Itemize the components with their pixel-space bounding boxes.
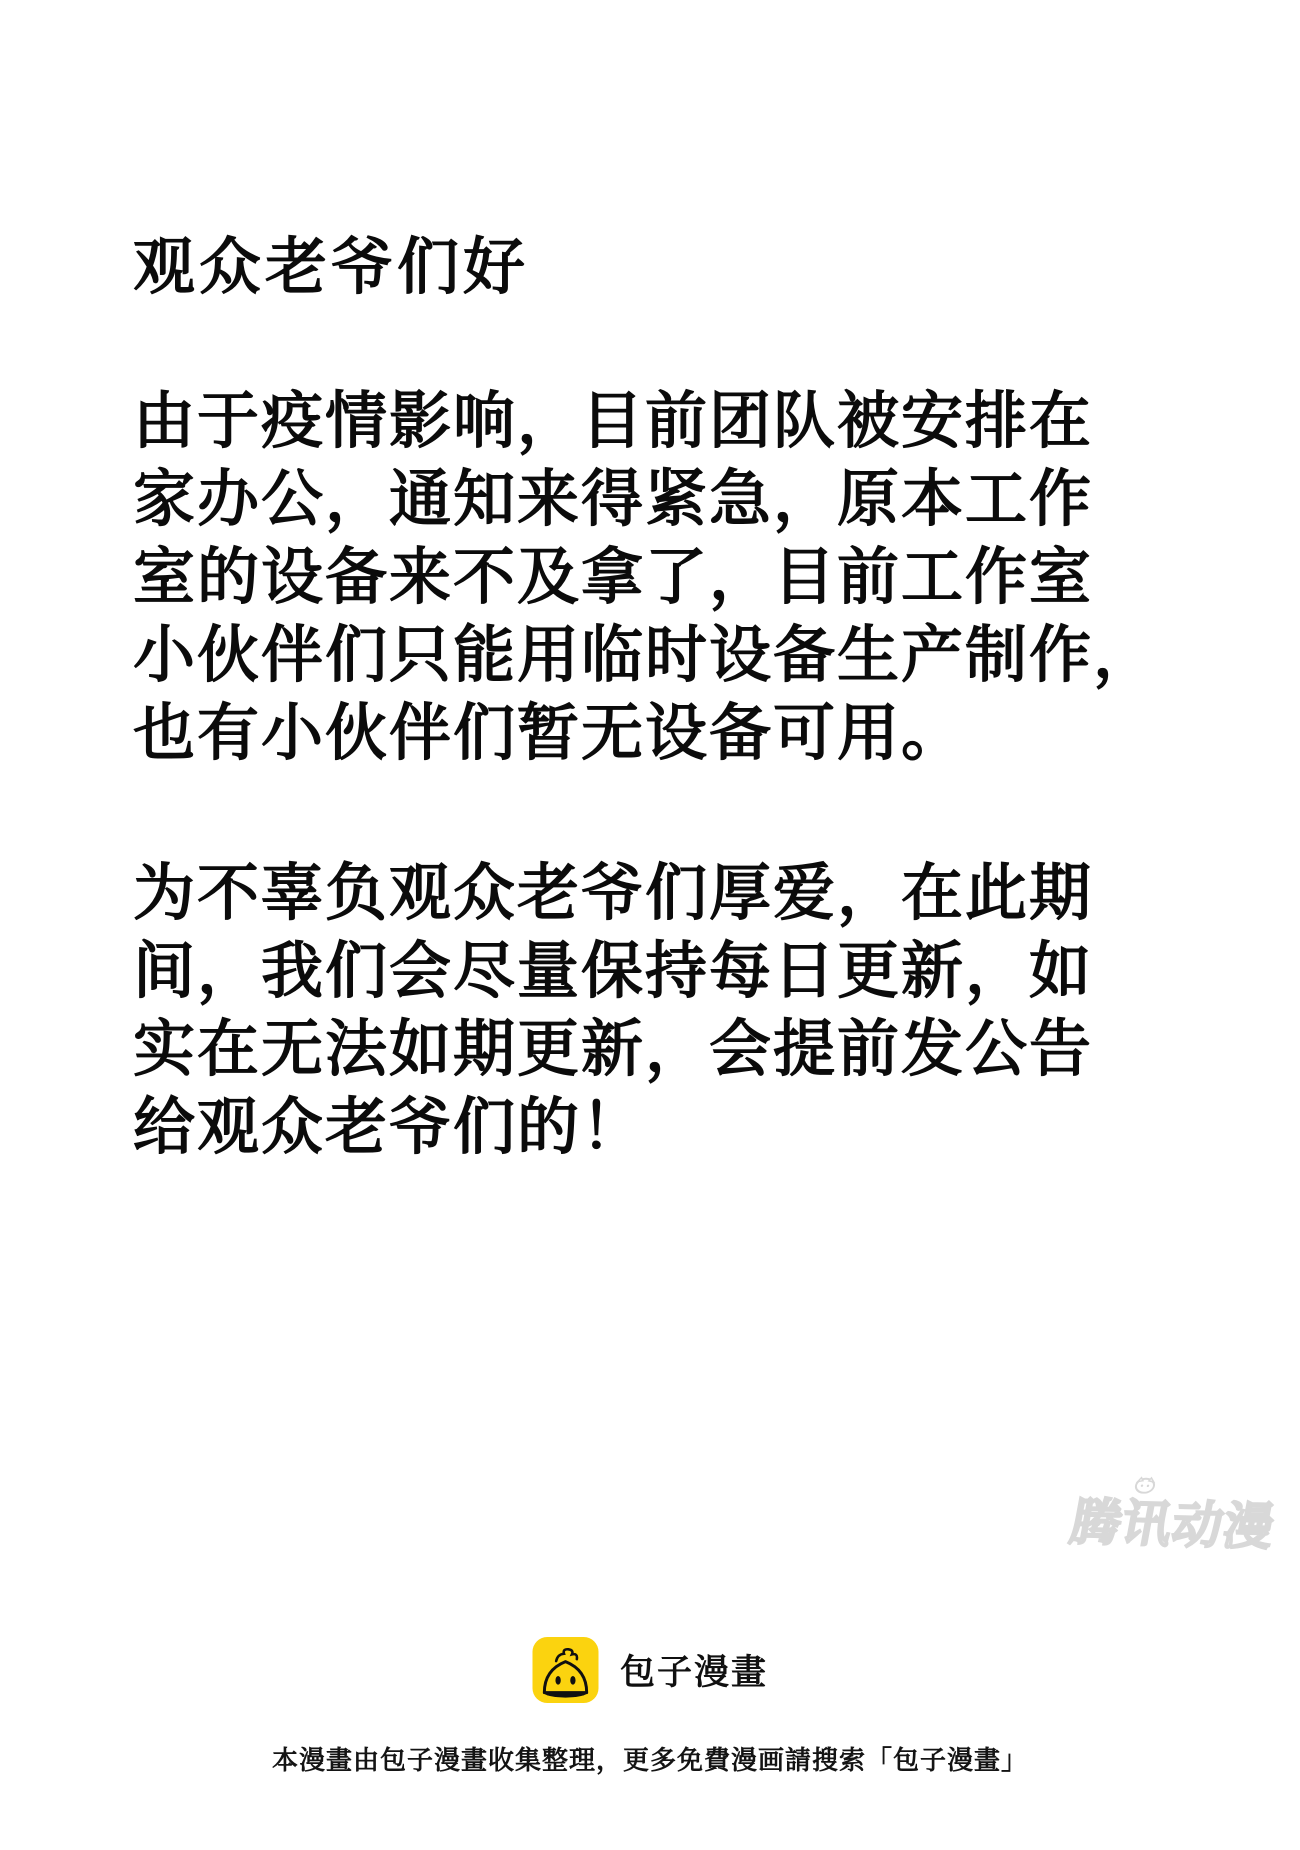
baozi-bun-logo-icon: [532, 1636, 599, 1704]
paragraph-2: 为不辜负观众老爷们厚爱，在此期 间，我们会尽量保持每日更新，如 实在无法如期更新…: [133, 854, 1223, 1166]
text-line: 给观众老爷们的！: [133, 1088, 1223, 1166]
brand-name: 包子漫畫: [620, 1645, 768, 1695]
text-line: 实在无法如期更新，会提前发公告: [133, 1010, 1223, 1088]
notice-text-block: 观众老爷们好 由于疫情影响，目前团队被安排在 家办公，通知来得紧急，原本工作 室…: [133, 228, 1223, 1166]
watermark-face-icon: [1129, 1475, 1162, 1494]
text-line: 小伙伴们只能用临时设备生产制作，: [133, 616, 1223, 694]
announcement-page: 观众老爷们好 由于疫情影响，目前团队被安排在 家办公，通知来得紧急，原本工作 室…: [0, 0, 1300, 1850]
text-line: 室的设备来不及拿了，目前工作室: [133, 538, 1223, 616]
footer-note: 本漫畫由包子漫畫收集整理，更多免費漫画請搜索「包子漫畫」: [0, 1740, 1300, 1777]
text-line: 也有小伙伴们暂无设备可用。: [133, 694, 1223, 772]
tencent-comics-watermark: 腾讯动漫: [1065, 1482, 1281, 1559]
text-line: 家办公，通知来得紧急，原本工作: [133, 460, 1223, 538]
text-line: 为不辜负观众老爷们厚爱，在此期: [133, 854, 1223, 932]
greeting-heading: 观众老爷们好: [133, 228, 1223, 306]
text-line: 由于疫情影响，目前团队被安排在: [133, 382, 1223, 460]
paragraph-1: 由于疫情影响，目前团队被安排在 家办公，通知来得紧急，原本工作 室的设备来不及拿…: [133, 382, 1223, 772]
text-line: 间，我们会尽量保持每日更新，如: [133, 932, 1223, 1010]
baozi-manhua-brand: 包子漫畫: [0, 1636, 1300, 1704]
watermark-text: 腾讯动漫: [1066, 1493, 1280, 1556]
